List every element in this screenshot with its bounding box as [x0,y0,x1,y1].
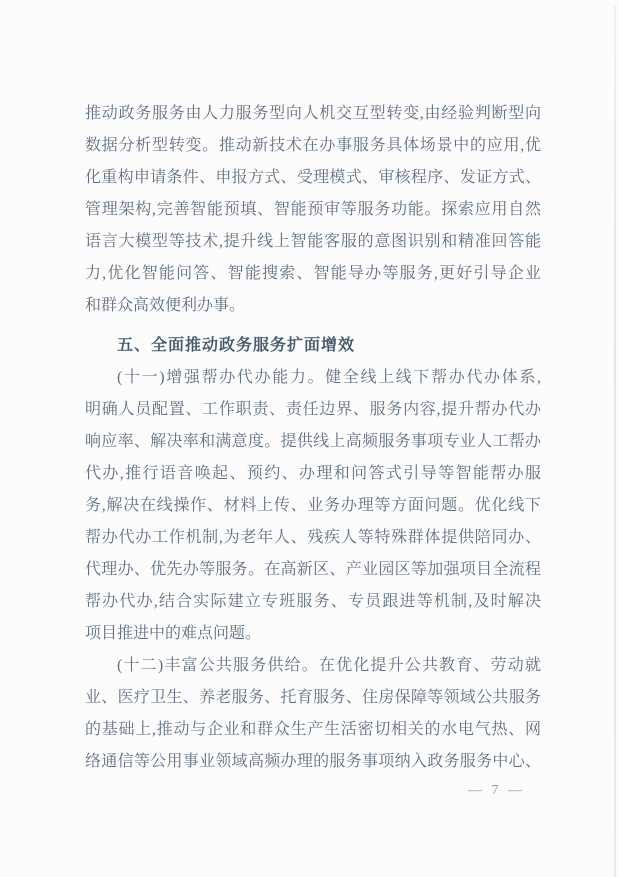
text-line: 推动政务服务由人力服务型向人机交互型转变,由经验判断型向 [85,98,541,130]
paragraph-item-11: (十一)增强帮办代办能力。健全线上线下帮办代办体系, 明确人员配置、工作职责、责… [85,362,541,650]
text-line: 帮办代办工作机制,为老年人、残疾人等特殊群体提供陪同办、 [85,522,541,554]
page-number: — 7 — [468,781,578,801]
text-line: 响应率、解决率和满意度。提供线上高频服务事项专业人工帮办 [85,426,541,458]
text-line: (十二)丰富公共服务供给。在优化提升公共教育、劳动就 [85,650,541,682]
text-line: (十一)增强帮办代办能力。健全线上线下帮办代办体系, [85,362,541,394]
text-line: 业、医疗卫生、养老服务、托育服务、住房保障等领域公共服务 [85,682,541,714]
text-line: 化重构申请条件、申报方式、受理模式、审核程序、发证方式、 [85,162,541,194]
text-line: 力,优化智能问答、智能搜索、智能导办等服务,更好引导企业 [85,258,541,290]
text-line: 语言大模型等技术,提升线上智能客服的意图识别和精准回答能 [85,226,541,258]
paragraph-continuation: 推动政务服务由人力服务型向人机交互型转变,由经验判断型向 数据分析型转变。推动新… [85,98,541,322]
scanned-document-page: 推动政务服务由人力服务型向人机交互型转变,由经验判断型向 数据分析型转变。推动新… [0,0,619,877]
section-heading-group: 五、全面推动政务服务扩面增效 [85,330,541,362]
text-line: 务,解决在线操作、材料上传、业务办理等方面问题。优化线下 [85,490,541,522]
text-line: 代理办、优先办等服务。在高新区、产业园区等加强项目全流程 [85,554,541,586]
text-line: 的基础上,推动与企业和群众生产生活密切相关的水电气热、网 [85,714,541,746]
text-line: 代办,推行语音唤起、预约、办理和问答式引导等智能帮办服 [85,458,541,490]
text-line: 数据分析型转变。推动新技术在办事服务具体场景中的应用,优 [85,130,541,162]
text-line: 帮办代办,结合实际建立专班服务、专员跟进等机制,及时解决 [85,586,541,618]
document-text-block: 推动政务服务由人力服务型向人机交互型转变,由经验判断型向 数据分析型转变。推动新… [85,98,541,778]
page-edge-shadow [614,6,616,877]
text-line: 和群众高效便利办事。 [85,290,541,322]
text-line: 项目推进中的难点问题。 [85,618,541,650]
text-line: 络通信等公用事业领域高频办理的服务事项纳入政务服务中心、 [85,746,541,778]
text-line: 明确人员配置、工作职责、责任边界、服务内容,提升帮办代办 [85,394,541,426]
section-heading: 五、全面推动政务服务扩面增效 [85,330,541,362]
text-line: 管理架构,完善智能预填、智能预审等服务功能。探索应用自然 [85,194,541,226]
paragraph-item-12: (十二)丰富公共服务供给。在优化提升公共教育、劳动就 业、医疗卫生、养老服务、托… [85,650,541,778]
